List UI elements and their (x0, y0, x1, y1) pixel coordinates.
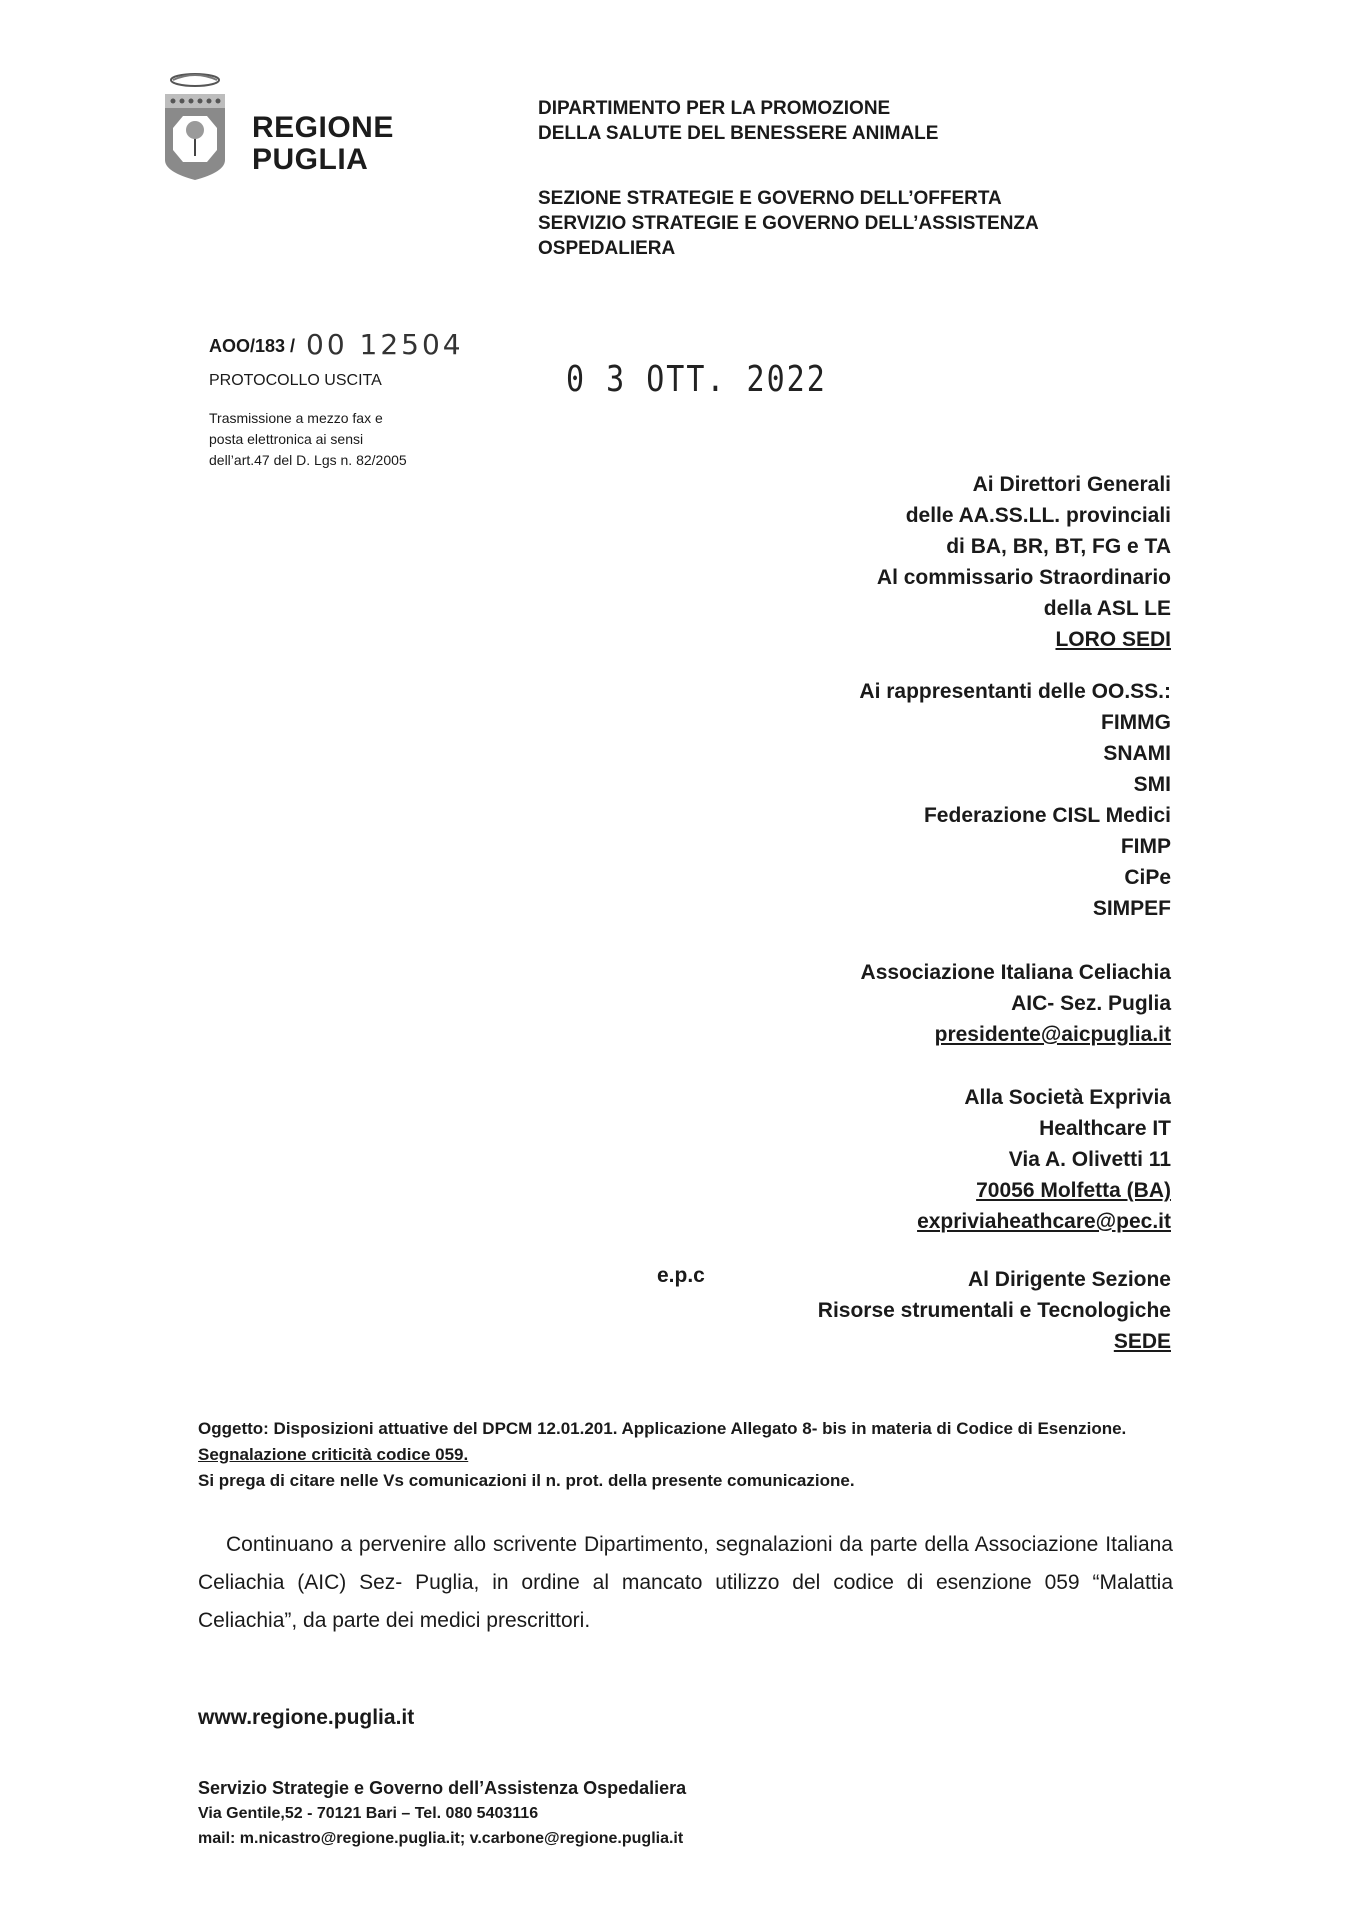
recipient-line: Healthcare IT (917, 1113, 1171, 1144)
section-line: SERVIZIO STRATEGIE E GOVERNO DELL’ASSIST… (538, 211, 1039, 236)
protocol-label: PROTOCOLLO USCITA (209, 372, 382, 390)
recipient-line: Risorse strumentali e Tecnologiche (818, 1295, 1171, 1326)
recipient-line: Ai rappresentanti delle OO.SS.: (859, 676, 1171, 707)
recipient-line: FIMP (859, 831, 1171, 862)
footer-office: Servizio Strategie e Governo dell’Assist… (198, 1776, 686, 1801)
logo-text: REGIONE PUGLIA (252, 112, 394, 176)
note-line: Trasmissione a mezzo fax e (209, 408, 407, 429)
date-stamp: 0 3 OTT. 2022 (566, 359, 827, 401)
body-paragraph: Continuano a pervenire allo scrivente Di… (198, 1526, 1173, 1640)
recipient-line: SIMPEF (859, 893, 1171, 924)
protocol-code: AOO/183 / (209, 336, 295, 357)
transmission-note: Trasmissione a mezzo fax e posta elettro… (209, 408, 407, 471)
logo-text-line2: PUGLIA (252, 144, 394, 176)
footer-address: Via Gentile,52 - 70121 Bari – Tel. 080 5… (198, 1801, 686, 1826)
recipient-line: SMI (859, 769, 1171, 800)
recipient-line-underlined: LORO SEDI (877, 624, 1171, 655)
recipient-line: SNAMI (859, 738, 1171, 769)
regione-puglia-coat-of-arms-icon (163, 68, 227, 188)
recipient-line: di BA, BR, BT, FG e TA (877, 531, 1171, 562)
note-line: dell’art.47 del D. Lgs n. 82/2005 (209, 450, 407, 471)
department-line: DIPARTIMENTO PER LA PROMOZIONE (538, 96, 938, 121)
recipients-unions: Ai rappresentanti delle OO.SS.: FIMMG SN… (859, 676, 1171, 924)
recipients-exprivia: Alla Società Exprivia Healthcare IT Via … (917, 1082, 1171, 1237)
logo-text-line1: REGIONE (252, 112, 394, 144)
section-line: OSPEDALIERA (538, 236, 1039, 261)
exprivia-email-link[interactable]: expriviaheathcare@pec.it (917, 1206, 1171, 1237)
recipient-line: AIC- Sez. Puglia (861, 988, 1171, 1019)
aic-email-link[interactable]: presidente@aicpuglia.it (861, 1019, 1171, 1050)
department-line: DELLA SALUTE DEL BENESSERE ANIMALE (538, 121, 938, 146)
protocol-handwritten-number: 00 12504 (306, 328, 464, 361)
recipient-line: Alla Società Exprivia (917, 1082, 1171, 1113)
recipient-line: CiPe (859, 862, 1171, 893)
recipient-line: Al Dirigente Sezione (818, 1264, 1171, 1295)
subject-text: Oggetto: Disposizioni attuative del DPCM… (198, 1419, 1126, 1438)
section-heading: SEZIONE STRATEGIE E GOVERNO DELL’OFFERTA… (538, 186, 1039, 261)
footer-mail: mail: m.nicastro@regione.puglia.it; v.ca… (198, 1826, 686, 1851)
recipient-line: FIMMG (859, 707, 1171, 738)
footer-contact: Servizio Strategie e Governo dell’Assist… (198, 1776, 686, 1851)
subject-line: Oggetto: Disposizioni attuative del DPCM… (198, 1416, 1173, 1468)
subject-block: Oggetto: Disposizioni attuative del DPCM… (198, 1416, 1173, 1494)
recipients-cc: Al Dirigente Sezione Risorse strumentali… (818, 1264, 1171, 1357)
recipient-line-underlined: SEDE (818, 1326, 1171, 1357)
recipients-aic: Associazione Italiana Celiachia AIC- Sez… (861, 957, 1171, 1050)
recipient-line: Associazione Italiana Celiachia (861, 957, 1171, 988)
cc-label: e.p.c (657, 1264, 705, 1288)
department-heading: DIPARTIMENTO PER LA PROMOZIONE DELLA SAL… (538, 96, 938, 146)
recipient-line: Via A. Olivetti 11 (917, 1144, 1171, 1175)
recipient-line: Federazione CISL Medici (859, 800, 1171, 831)
recipient-line: della ASL LE (877, 593, 1171, 624)
subject-note: Si prega di citare nelle Vs comunicazion… (198, 1468, 1173, 1494)
recipient-line: delle AA.SS.LL. provinciali (877, 500, 1171, 531)
recipient-line-underlined: 70056 Molfetta (BA) (917, 1175, 1171, 1206)
recipient-line: Ai Direttori Generali (877, 469, 1171, 500)
recipients-asl-directors: Ai Direttori Generali delle AA.SS.LL. pr… (877, 469, 1171, 655)
note-line: posta elettronica ai sensi (209, 429, 407, 450)
subject-underlined: Segnalazione criticità codice 059. (198, 1445, 468, 1464)
recipient-line: Al commissario Straordinario (877, 562, 1171, 593)
section-line: SEZIONE STRATEGIE E GOVERNO DELL’OFFERTA (538, 186, 1039, 211)
website-link[interactable]: www.regione.puglia.it (198, 1706, 414, 1730)
